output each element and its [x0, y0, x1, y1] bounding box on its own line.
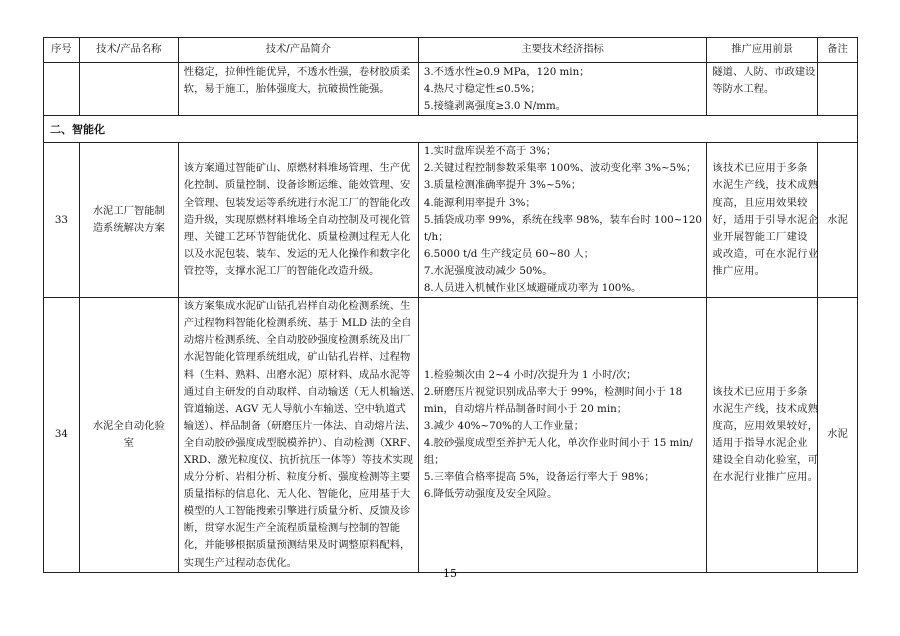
page-number: 15 [0, 567, 900, 580]
intro-line: 动熔片检测系统、全自动胶砂强度检测系统及出厂 [184, 332, 413, 349]
indicator-line: 3.不透水性≥0.9 MPa，120 min； [424, 64, 702, 81]
cell-no [44, 63, 80, 116]
prospects-line: 适用于指导水泥企业 [712, 435, 812, 452]
header-tech-intro: 技术/产品简介 [178, 38, 418, 63]
cell-indicators: 1.检验频次由 2~4 小时/次提升为 1 小时/次； 2.研磨压片视觉识别成品… [418, 298, 707, 573]
header-prospects: 推广应用前景 [707, 38, 818, 63]
cell-name: 水泥工厂智能制 造系统解决方案 [79, 143, 178, 298]
intro-line: 化，并能够根据质量预测结果及时调整原料配料， [184, 537, 413, 554]
indicator-line: 1.检验频次由 2~4 小时/次提升为 1 小时/次； [424, 367, 702, 384]
cell-note: 水泥 [817, 143, 857, 298]
intro-line: XRD、激光粒度仪、抗折抗压一体等）等技术实现 [184, 452, 413, 469]
indicator-line: 4.热尺寸稳定性≤0.5%； [424, 81, 702, 98]
header-note: 备注 [817, 38, 857, 63]
intro-line: 软，易于施工，胎体强度大，抗破损性能强。 [184, 81, 413, 98]
prospects-line: 好，适用于引导水泥企 [712, 212, 812, 229]
intro-line: 理、关键工艺环节智能优化、质量检测过程无人化 [184, 229, 413, 246]
intro-line: 造升级，实现原燃材料堆场全自动控制及可视化管 [184, 212, 413, 229]
cell-prospects: 该技术已应用于多条 水泥生产线，技术成熟 度高，应用效果较好， 适用于指导水泥企… [707, 298, 818, 573]
intro-line: 以及水泥包装、装车、发运的无人化操作和数字化 [184, 246, 413, 263]
intro-line: 水泥智能化管理系统组成，矿山钻孔岩样、过程物 [184, 349, 413, 366]
indicator-line: 5.接缝剥离强度≥3.0 N/mm。 [424, 98, 702, 115]
section-row-intelligent: 二、智能化 [44, 116, 858, 143]
cell-indicators: 1.实时盘库误差不高于 3%； 2.关键过程控制参数采集率 100%、波动变化率… [418, 143, 707, 298]
table-row-continued: 性稳定，拉伸性能优异，不透水性强，卷材胶质柔 软，易于施工，胎体强度大，抗破损性… [44, 63, 858, 116]
cell-no: 34 [44, 298, 80, 573]
cell-indicators: 3.不透水性≥0.9 MPa，120 min； 4.热尺寸稳定性≤0.5%； 5… [418, 63, 707, 116]
indicator-line: 6.5000 t/d 生产线定员 60~80 人； [424, 246, 702, 263]
indicator-line: 7.水泥强度波动减少 50%。 [424, 263, 702, 280]
intro-line: 性稳定，拉伸性能优异，不透水性强，卷材胶质柔 [184, 64, 413, 81]
cell-note [817, 63, 857, 116]
indicator-line: 4.能源利用率提升 3%； [424, 195, 702, 212]
prospects-line: 在水泥行业推广应用。 [712, 469, 812, 486]
intro-line: 模型的人工智能搜索引擎进行质量分析、反馈及诊 [184, 503, 413, 520]
indicator-line: 4.胶砂强度成型至养护无人化，单次作业时间小于 15 min/ [424, 435, 702, 452]
header-serial-no: 序号 [44, 38, 80, 63]
indicator-line: 2.关键过程控制参数采集率 100%、波动变化率 3%~5%； [424, 160, 702, 177]
section-title: 二、智能化 [44, 116, 858, 143]
intro-line: 全管理、包装发运等系统进行水泥工厂的智能化改 [184, 195, 413, 212]
prospects-line: 建设全自动化验室，可 [712, 452, 812, 469]
indicator-line: 2.研磨压片视觉识别成品率大于 99%，检测时间小于 18 [424, 384, 702, 401]
indicator-line: 3.减少 40%~70%的人工作业量； [424, 418, 702, 435]
prospects-line: 水泥生产线，技术成熟 [712, 401, 812, 418]
cell-note: 水泥 [817, 298, 857, 573]
prospects-line: 推广应用。 [712, 263, 812, 280]
table-header-row: 序号 技术/产品名称 技术/产品简介 主要技术经济指标 推广应用前景 备注 [44, 38, 858, 63]
table-row-33: 33 水泥工厂智能制 造系统解决方案 该方案通过智能矿山、原燃材料堆场管理、生产… [44, 143, 858, 298]
intro-line: 断，贯穿水泥生产全流程质量检测与控制的智能 [184, 520, 413, 537]
indicator-line: 5.插袋成功率 99%，系统在线率 98%，装车台时 100~120 [424, 212, 702, 229]
intro-line: 化控制、质量控制、设备诊断运维、能效管理、安 [184, 177, 413, 194]
technology-catalog-table: 序号 技术/产品名称 技术/产品简介 主要技术经济指标 推广应用前景 备注 性稳… [43, 37, 858, 573]
intro-line: 管道输送、AGV 无人导航小车输送、空中轨道式 [184, 401, 413, 418]
indicator-line: t/h； [424, 229, 702, 246]
name-line: 水泥全自动化验 [85, 418, 173, 435]
header-key-indicators: 主要技术经济指标 [418, 38, 707, 63]
intro-line: 产过程物料智能化检测系统、基于 MLD 法的全自 [184, 315, 413, 332]
intro-line: 该方案集成水泥矿山钻孔岩样自动化检测系统、生 [184, 298, 413, 315]
prospects-line: 度高，应用效果较好， [712, 418, 812, 435]
indicator-line: 6.降低劳动强度及安全风险。 [424, 486, 702, 503]
header-tech-name: 技术/产品名称 [79, 38, 178, 63]
prospects-line: 度高，且应用效果较 [712, 195, 812, 212]
prospects-line: 业开展智能工厂建设 [712, 229, 812, 246]
cell-prospects: 该技术已应用于多条 水泥生产线，技术成熟 度高，且应用效果较 好，适用于引导水泥… [707, 143, 818, 298]
intro-line: 料（生料、熟料、出磨水泥）原材料、成品水泥等 [184, 367, 413, 384]
intro-line: 全自动胶砂强度成型脱模养护）、自动检测（XRF、 [184, 435, 413, 452]
indicator-line: 组； [424, 452, 702, 469]
name-line: 水泥工厂智能制 [85, 203, 173, 220]
intro-line: 质量指标的信息化、无人化、智能化，应用基于大 [184, 486, 413, 503]
cell-intro: 性稳定，拉伸性能优异，不透水性强，卷材胶质柔 软，易于施工，胎体强度大，抗破损性… [178, 63, 418, 116]
cell-no: 33 [44, 143, 80, 298]
indicator-line: 1.实时盘库误差不高于 3%； [424, 143, 702, 160]
intro-line: 该方案通过智能矿山、原燃材料堆场管理、生产优 [184, 160, 413, 177]
indicator-line: min，自动熔片样品制备时间小于 20 min； [424, 401, 702, 418]
indicator-line: 5.三率值合格率提高 5%，设备运行率大于 98%； [424, 469, 702, 486]
prospects-line: 或改造，可在水泥行业 [712, 246, 812, 263]
prospects-line: 等防水工程。 [712, 81, 812, 98]
prospects-line: 隧道、人防、市政建设 [712, 64, 812, 81]
name-line: 造系统解决方案 [85, 220, 173, 237]
table-row-34: 34 水泥全自动化验 室 该方案集成水泥矿山钻孔岩样自动化检测系统、生 产过程物… [44, 298, 858, 573]
prospects-line: 水泥生产线，技术成熟 [712, 177, 812, 194]
cell-prospects: 隧道、人防、市政建设 等防水工程。 [707, 63, 818, 116]
name-line: 室 [85, 435, 173, 452]
cell-name [79, 63, 178, 116]
intro-line: 管控等，支撑水泥工厂的智能化改造升级。 [184, 263, 413, 280]
intro-line: 通过自主研发的自动取样、自动输送（无人机输送、 [184, 384, 413, 401]
indicator-line: 3.质量检测准确率提升 3%~5%； [424, 177, 702, 194]
cell-name: 水泥全自动化验 室 [79, 298, 178, 573]
prospects-line: 该技术已应用于多条 [712, 384, 812, 401]
intro-line: 成分分析、岩相分析、粒度分析、强度检测等主要 [184, 469, 413, 486]
cell-intro: 该方案集成水泥矿山钻孔岩样自动化检测系统、生 产过程物料智能化检测系统、基于 M… [178, 298, 418, 573]
indicator-line: 8.人员进入机械作业区域避碰成功率为 100%。 [424, 280, 702, 297]
prospects-line: 该技术已应用于多条 [712, 160, 812, 177]
intro-line: 输送）、样品制备（研磨压片一体法、自动熔片法、 [184, 418, 413, 435]
cell-intro: 该方案通过智能矿山、原燃材料堆场管理、生产优 化控制、质量控制、设备诊断运维、能… [178, 143, 418, 298]
